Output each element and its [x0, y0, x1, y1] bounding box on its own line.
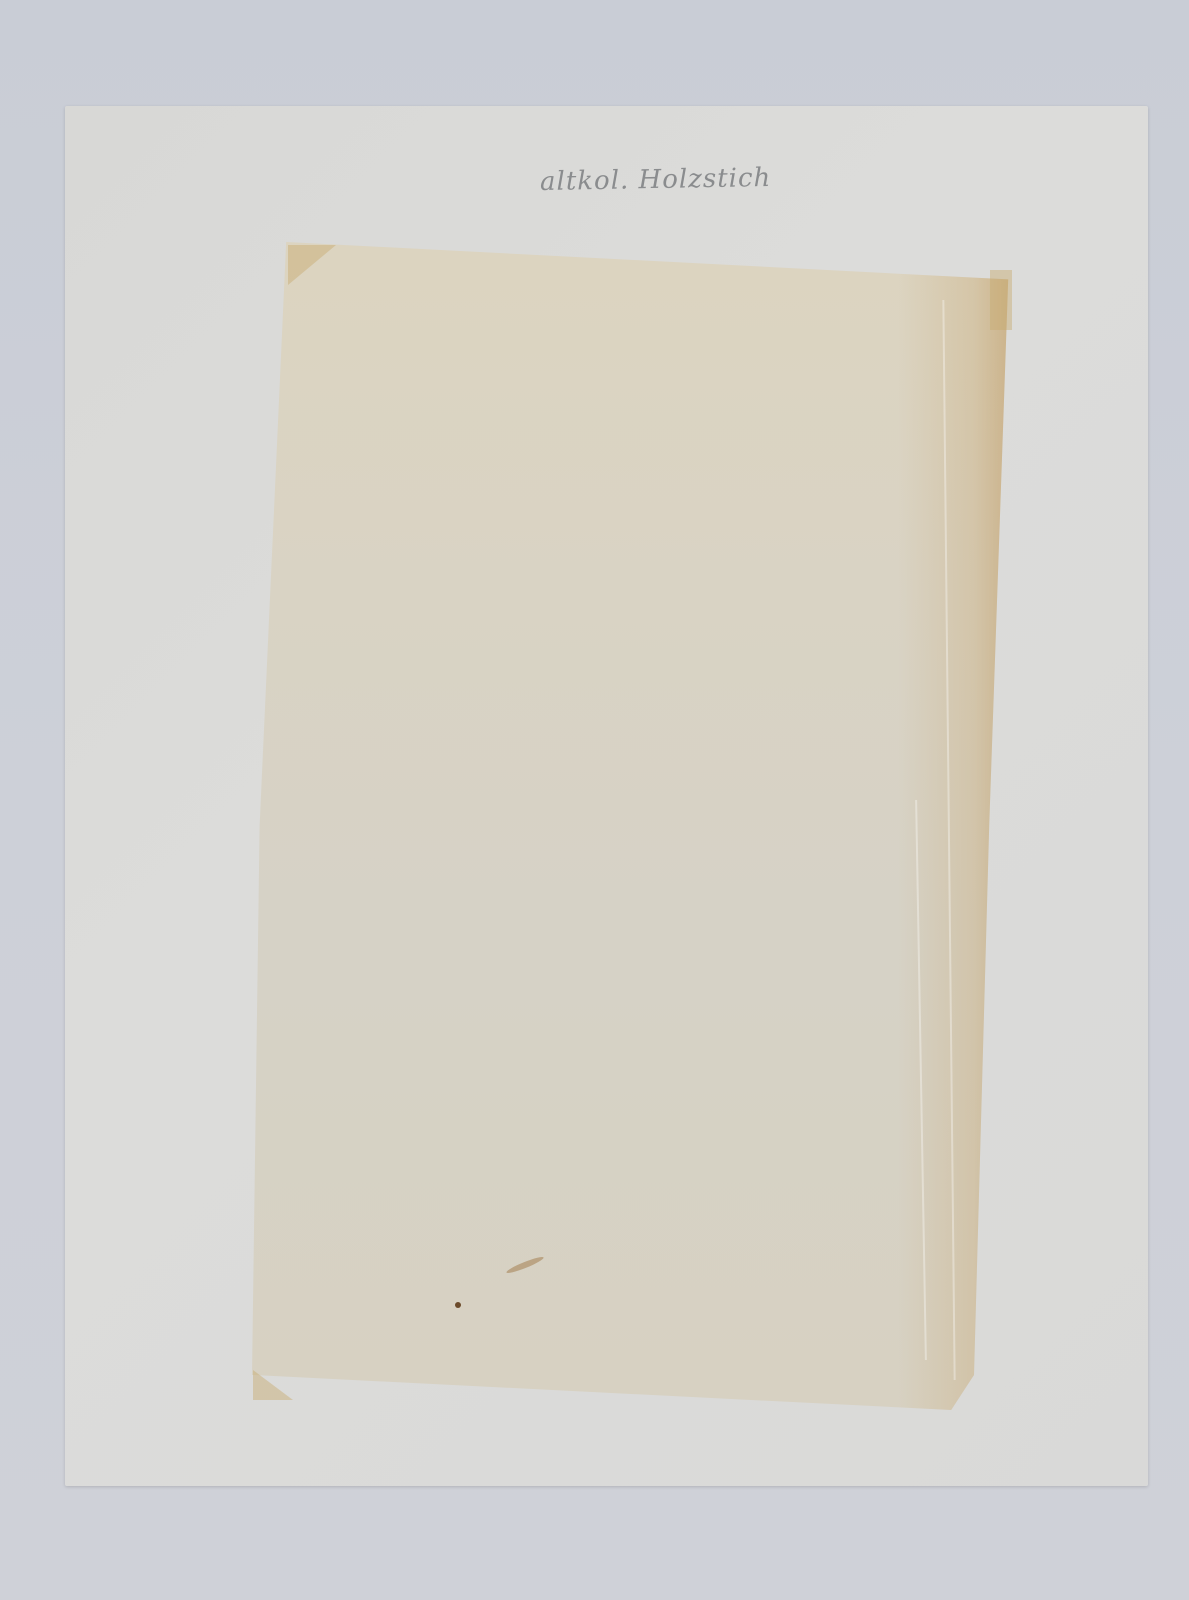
- stain-dot: [455, 1302, 461, 1308]
- tape-top-right: [990, 270, 1012, 330]
- pencil-inscription: altkol. Holzstich: [540, 163, 772, 197]
- antique-paper-sheet: [252, 242, 1012, 1410]
